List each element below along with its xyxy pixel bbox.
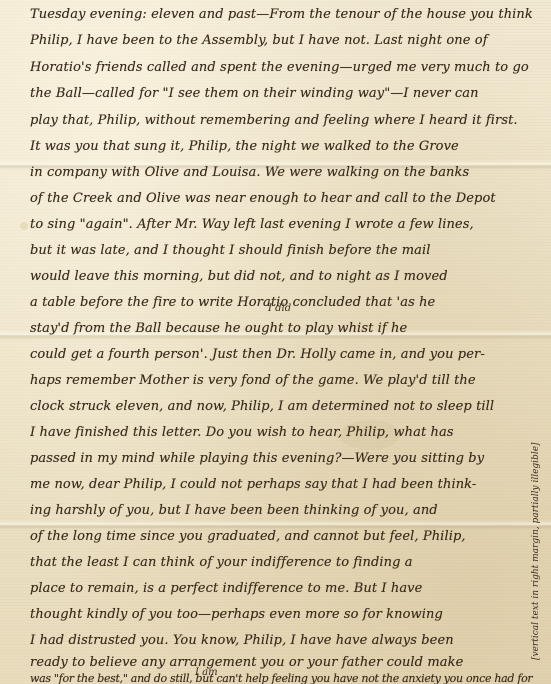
handwritten-line: of the Creek and Olive was near enough t… [30,188,543,210]
handwritten-line: that the least I can think of your indif… [30,552,543,574]
handwritten-line: I had distrusted you. You know, Philip, … [30,630,543,652]
handwritten-line: but it was late, and I thought I should … [30,240,543,262]
interlinear-insertion: I did [268,303,291,314]
handwritten-line: place to remain, is a perfect indifferen… [30,578,543,600]
handwritten-line: me now, dear Philip, I could not perhaps… [30,474,543,496]
handwritten-line: would leave this morning, but did not, a… [30,266,543,288]
handwritten-line: ing harshly of you, but I have been been… [30,500,543,522]
handwritten-line: was "for the best," and do still, but ca… [30,668,543,684]
handwritten-line: I have finished this letter. Do you wish… [30,422,543,444]
handwritten-line: could get a fourth person'. Just then Dr… [30,344,543,366]
handwritten-line: thought kindly of you too—perhaps even m… [30,604,543,626]
handwritten-line: of the long time since you graduated, an… [30,526,543,548]
handwritten-line: play that, Philip, without remembering a… [30,110,543,132]
handwritten-line: passed in my mind while playing this eve… [30,448,543,470]
margin-note: [vertical text in right margin, partiall… [531,550,541,660]
letter-page: Tuesday evening: eleven and past—From th… [0,0,551,684]
paper-stain [20,222,28,230]
handwritten-line: to sing "again". After Mr. Way left last… [30,214,543,236]
handwritten-line: It was you that sung it, Philip, the nig… [30,136,543,158]
handwritten-line: stay'd from the Ball because he ought to… [30,318,543,340]
handwritten-line: clock struck eleven, and now, Philip, I … [30,396,543,418]
handwritten-line: haps remember Mother is very fond of the… [30,370,543,392]
handwritten-line: Tuesday evening: eleven and past—From th… [30,4,543,26]
handwritten-line: Philip, I have been to the Assembly, but… [30,30,543,52]
handwritten-line: in company with Olive and Louisa. We wer… [30,162,543,184]
handwritten-line: Horatio's friends called and spent the e… [30,57,543,79]
handwritten-line: the Ball—called for "I see them on their… [30,83,543,105]
